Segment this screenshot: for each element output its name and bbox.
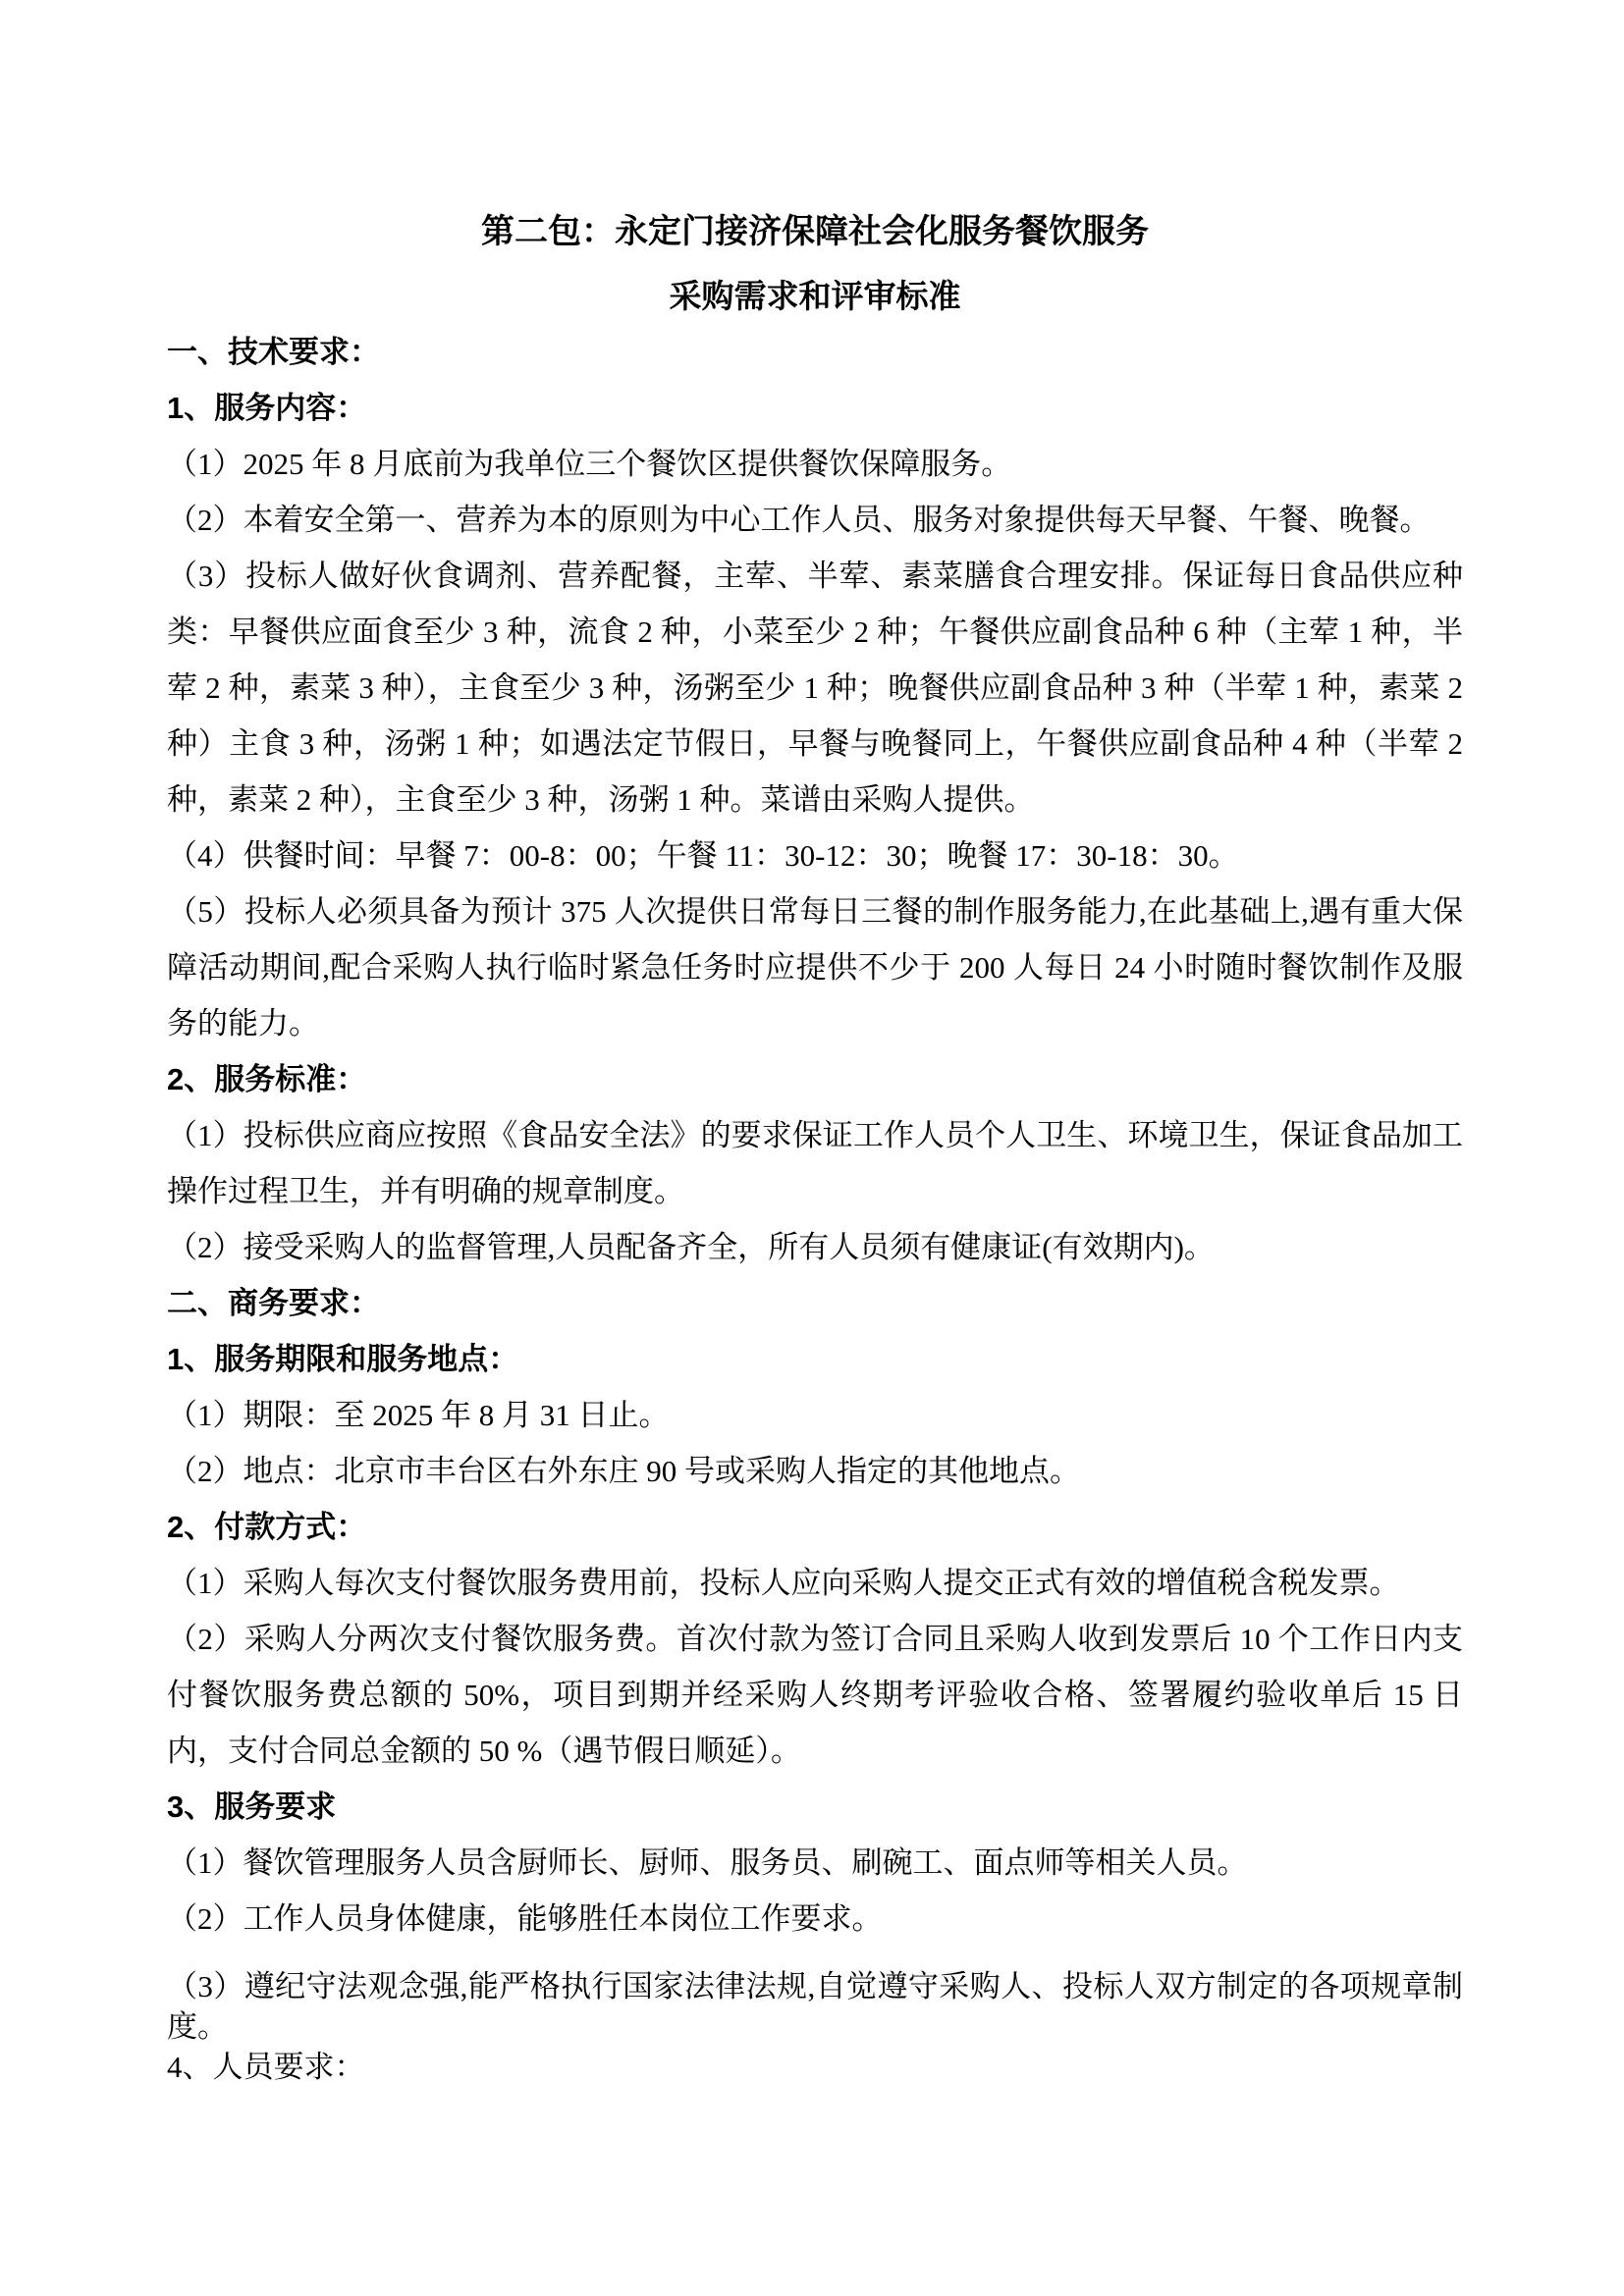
para-service-req-3: （3）遵纪守法观念强,能严格执行国家法律法规,自觉遵守采购人、投标人双方制定的各… (167, 1966, 1463, 2047)
para-payment-2: （2）采购人分两次支付餐饮服务费。首次付款为签订合同且采购人收到发票后 10 个… (167, 1611, 1463, 1779)
heading-business-requirements: 二、商务要求： (167, 1275, 1463, 1331)
heading-service-content: 1、服务内容： (167, 380, 1463, 436)
para-service-req-1: （1）餐饮管理服务人员含厨师长、厨师、服务员、刷碗工、面点师等相关人员。 (167, 1835, 1463, 1891)
para-term: （1）期限：至 2025 年 8 月 31 日止。 (167, 1387, 1463, 1443)
para-service-content-1: （1）2025 年 8 月底前为我单位三个餐饮区提供餐饮保障服务。 (167, 436, 1463, 492)
para-service-standard-2: （2）接受采购人的监督管理,人员配备齐全，所有人员须有健康证(有效期内)。 (167, 1219, 1463, 1275)
document-page: 第二包：永定门接济保障社会化服务餐饮服务 采购需求和评审标准 一、技术要求： 1… (0, 0, 1624, 2296)
para-location: （2）地点：北京市丰台区右外东庄 90 号或采购人指定的其他地点。 (167, 1443, 1463, 1499)
heading-service-standard: 2、服务标准： (167, 1051, 1463, 1107)
para-payment-1: （1）采购人每次支付餐饮服务费用前，投标人应向采购人提交正式有效的增值税含税发票… (167, 1555, 1463, 1611)
para-service-standard-1: （1）投标供应商应按照《食品安全法》的要求保证工作人员个人卫生、环境卫生，保证食… (167, 1107, 1463, 1219)
para-service-content-3: （3）投标人做好伙食调剂、营养配餐，主荤、半荤、素菜膳食合理安排。保证每日食品供… (167, 548, 1463, 828)
heading-personnel-requirements: 4、人员要求： (167, 2047, 1463, 2087)
doc-title: 第二包：永定门接济保障社会化服务餐饮服务 (167, 204, 1463, 260)
para-service-req-2: （2）工作人员身体健康，能够胜任本岗位工作要求。 (167, 1891, 1463, 1947)
heading-service-term-location: 1、服务期限和服务地点： (167, 1331, 1463, 1387)
para-service-content-4: （4）供餐时间：早餐 7：00-8：00；午餐 11：30-12：30；晚餐 1… (167, 828, 1463, 883)
heading-technical-requirements: 一、技术要求： (167, 324, 1463, 380)
heading-payment-method: 2、付款方式： (167, 1499, 1463, 1555)
heading-service-requirements: 3、服务要求 (167, 1779, 1463, 1835)
para-service-content-2: （2）本着安全第一、营养为本的原则为中心工作人员、服务对象提供每天早餐、午餐、晚… (167, 492, 1463, 548)
document-content: 第二包：永定门接济保障社会化服务餐饮服务 采购需求和评审标准 一、技术要求： 1… (0, 0, 1624, 2087)
doc-subtitle: 采购需求和评审标准 (167, 268, 1463, 324)
para-service-content-5: （5）投标人必须具备为预计 375 人次提供日常每日三餐的制作服务能力,在此基础… (167, 883, 1463, 1051)
